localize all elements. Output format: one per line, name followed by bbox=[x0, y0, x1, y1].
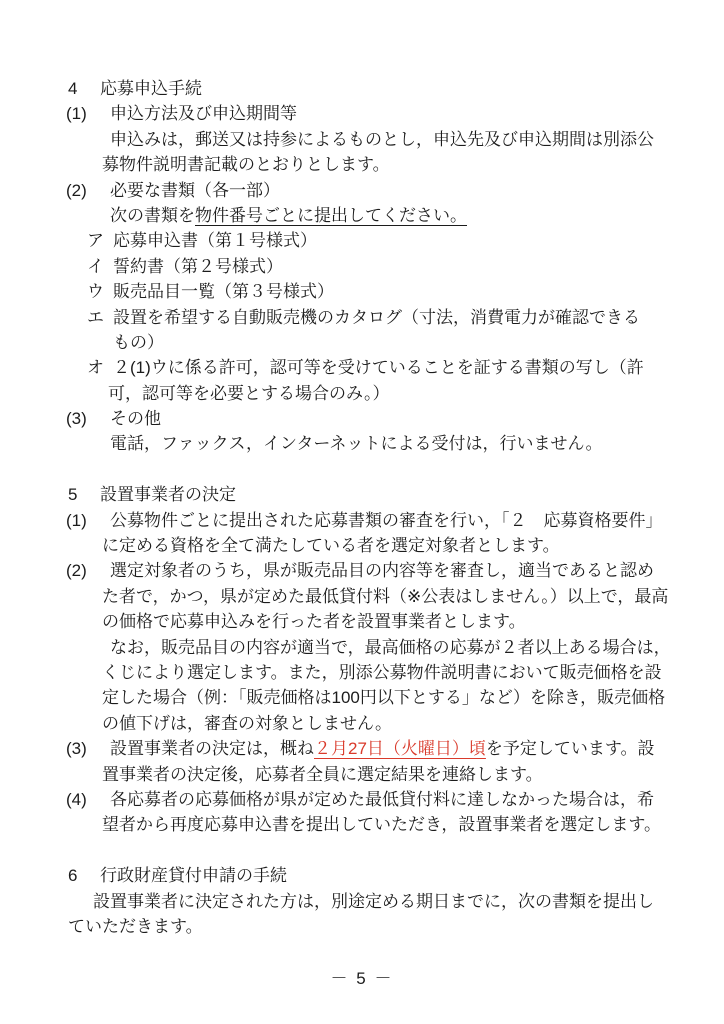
text-segment: 設置事業者に決定された方は，別途定める期日までに，次の書類を提出し bbox=[93, 892, 654, 911]
text-segment: の値下げは，審査の対象としません。 bbox=[102, 714, 392, 733]
document-body: 4応募申込手続(1)申込方法及び申込期間等申込みは，郵送又は持参によるものとし，… bbox=[66, 76, 724, 939]
list-marker: 5 bbox=[68, 482, 100, 507]
text-segment: 申込方法及び申込期間等 bbox=[110, 104, 297, 123]
text-segment: 公募物件ごとに提出された応募書類の審査を行い，「２ 応募資格要件」 bbox=[110, 511, 663, 530]
page-number: － 5 － bbox=[0, 966, 724, 991]
document-line: ア応募申込書（第１号様式） bbox=[66, 228, 724, 253]
document-line: 電話，ファックス，インターネットによる受付は，行いません。 bbox=[66, 431, 724, 456]
text-segment: 行政財産貸付申請の手続 bbox=[100, 866, 287, 885]
text-segment: 置事業者の決定後，応募者全員に選定結果を連絡します。 bbox=[102, 765, 543, 784]
underlined-text: 物件番号ごとに提出してください。 bbox=[195, 206, 467, 225]
document-line: 置事業者の決定後，応募者全員に選定結果を連絡します。 bbox=[66, 762, 724, 787]
document-line: (2)選定対象者のうち，県が販売品目の内容等を審査し，適当であると認め bbox=[66, 558, 724, 583]
document-line: 次の書類を物件番号ごとに提出してください。 bbox=[66, 203, 724, 228]
blank-line bbox=[66, 457, 724, 482]
document-line: た者で，かつ，県が定めた最低貸付料（※公表はしません。）以上で，最高 bbox=[66, 584, 724, 609]
list-marker: 4 bbox=[68, 76, 100, 101]
text-segment: 可，認可等を必要とする場合のみ。） bbox=[108, 384, 390, 403]
text-segment: に定める資格を全て満たしている者を選定対象者とします。 bbox=[102, 536, 560, 555]
list-marker: ウ bbox=[87, 279, 113, 304]
text-segment: もの） bbox=[113, 333, 164, 352]
text-segment: くじにより選定します。また，別添公募物件説明書において販売価格を設 bbox=[102, 663, 662, 682]
text-segment: 設置事業者の決定は，概ね bbox=[110, 739, 314, 758]
section-heading: 6行政財産貸付申請の手続 bbox=[66, 863, 724, 888]
list-marker: (3) bbox=[66, 406, 110, 431]
text-segment: 定した場合（例：「販売価格は100円以下とする」など）を除き，販売価格 bbox=[102, 688, 665, 707]
document-line: に定める資格を全て満たしている者を選定対象者とします。 bbox=[66, 533, 724, 558]
text-segment: 募物件説明書記載のとおりとします。 bbox=[102, 155, 390, 174]
list-marker: ア bbox=[87, 228, 113, 253]
list-marker: (3) bbox=[66, 736, 110, 761]
text-segment: 各応募者の応募価格が県が定めた最低貸付料に達しなかった場合は，希 bbox=[110, 790, 654, 809]
text-segment: た者で，かつ，県が定めた最低貸付料（※公表はしません。）以上で，最高 bbox=[102, 587, 668, 606]
text-segment: ２(1)ウに係る許可，認可等を受けていることを証する書類の写し（許 bbox=[113, 358, 644, 377]
text-segment: 販売品目一覧（第３号様式） bbox=[113, 282, 334, 301]
text-segment: 設置を希望する自動販売機のカタログ（寸法，消費電力が確認できる bbox=[113, 308, 640, 327]
list-marker: イ bbox=[87, 254, 113, 279]
text-segment: 望者から再度応募申込書を提出していただき，設置事業者を選定します。 bbox=[102, 815, 661, 834]
document-line: の値下げは，審査の対象としません。 bbox=[66, 711, 724, 736]
text-segment: 必要な書類（各一部） bbox=[110, 181, 280, 200]
document-page: 4応募申込手続(1)申込方法及び申込期間等申込みは，郵送又は持参によるものとし，… bbox=[0, 0, 724, 1024]
document-line: もの） bbox=[66, 330, 724, 355]
text-segment: 電話，ファックス，インターネットによる受付は，行いません。 bbox=[110, 434, 603, 453]
document-line: オ２(1)ウに係る許可，認可等を受けていることを証する書類の写し（許 bbox=[66, 355, 724, 380]
text-segment: 応募申込書（第１号様式） bbox=[113, 231, 317, 250]
text-segment: その他 bbox=[110, 409, 161, 428]
text-segment: の価格で応募申込みを行った者を設置事業者とします。 bbox=[102, 612, 526, 631]
text-segment: なお，販売品目の内容が適当で，最高価格の応募が２者以上ある場合は， bbox=[110, 638, 671, 657]
document-line: ウ販売品目一覧（第３号様式） bbox=[66, 279, 724, 304]
list-marker: (1) bbox=[66, 508, 110, 533]
section-heading: 4応募申込手続 bbox=[66, 76, 724, 101]
document-line: 申込みは，郵送又は持参によるものとし，申込先及び申込期間は別添公 bbox=[66, 127, 724, 152]
document-line: なお，販売品目の内容が適当で，最高価格の応募が２者以上ある場合は， bbox=[66, 635, 724, 660]
list-marker: (4) bbox=[66, 787, 110, 812]
text-segment: 誓約書（第２号様式） bbox=[113, 257, 283, 276]
list-marker: (2) bbox=[66, 558, 110, 583]
document-line: (3)設置事業者の決定は，概ね２月27日（火曜日）頃を予定しています。設 bbox=[66, 736, 724, 761]
text-segment: 申込みは，郵送又は持参によるものとし，申込先及び申込期間は別添公 bbox=[110, 130, 654, 149]
document-line: 定した場合（例：「販売価格は100円以下とする」など）を除き，販売価格 bbox=[66, 685, 724, 710]
list-marker: エ bbox=[87, 305, 113, 330]
list-marker: オ bbox=[87, 355, 113, 380]
blank-line bbox=[66, 838, 724, 863]
highlighted-date: ２月27日（火曜日）頃 bbox=[314, 739, 486, 758]
document-line: イ誓約書（第２号様式） bbox=[66, 254, 724, 279]
list-marker: (1) bbox=[66, 101, 110, 126]
document-line: 設置事業者に決定された方は，別途定める期日までに，次の書類を提出し bbox=[66, 889, 724, 914]
document-line: ていただきます。 bbox=[66, 914, 724, 939]
document-line: くじにより選定します。また，別添公募物件説明書において販売価格を設 bbox=[66, 660, 724, 685]
text-segment: を予定しています。設 bbox=[486, 739, 655, 758]
document-line: 望者から再度応募申込書を提出していただき，設置事業者を選定します。 bbox=[66, 812, 724, 837]
document-line: (4)各応募者の応募価格が県が定めた最低貸付料に達しなかった場合は，希 bbox=[66, 787, 724, 812]
document-line: の価格で応募申込みを行った者を設置事業者とします。 bbox=[66, 609, 724, 634]
document-line: (3)その他 bbox=[66, 406, 724, 431]
document-line: 募物件説明書記載のとおりとします。 bbox=[66, 152, 724, 177]
document-line: 可，認可等を必要とする場合のみ。） bbox=[66, 381, 724, 406]
list-marker: (2) bbox=[66, 178, 110, 203]
section-heading: 5設置事業者の決定 bbox=[66, 482, 724, 507]
document-line: (1)申込方法及び申込期間等 bbox=[66, 101, 724, 126]
text-segment: ていただきます。 bbox=[68, 917, 203, 936]
text-segment: 次の書類を bbox=[110, 206, 195, 225]
list-marker: 6 bbox=[68, 863, 100, 888]
document-line: (2)必要な書類（各一部） bbox=[66, 178, 724, 203]
document-line: エ設置を希望する自動販売機のカタログ（寸法，消費電力が確認できる bbox=[66, 305, 724, 330]
document-line: (1)公募物件ごとに提出された応募書類の審査を行い，「２ 応募資格要件」 bbox=[66, 508, 724, 533]
text-segment: 応募申込手続 bbox=[100, 79, 202, 98]
text-segment: 選定対象者のうち，県が販売品目の内容等を審査し，適当であると認め bbox=[110, 561, 654, 580]
text-segment: 設置事業者の決定 bbox=[100, 485, 236, 504]
